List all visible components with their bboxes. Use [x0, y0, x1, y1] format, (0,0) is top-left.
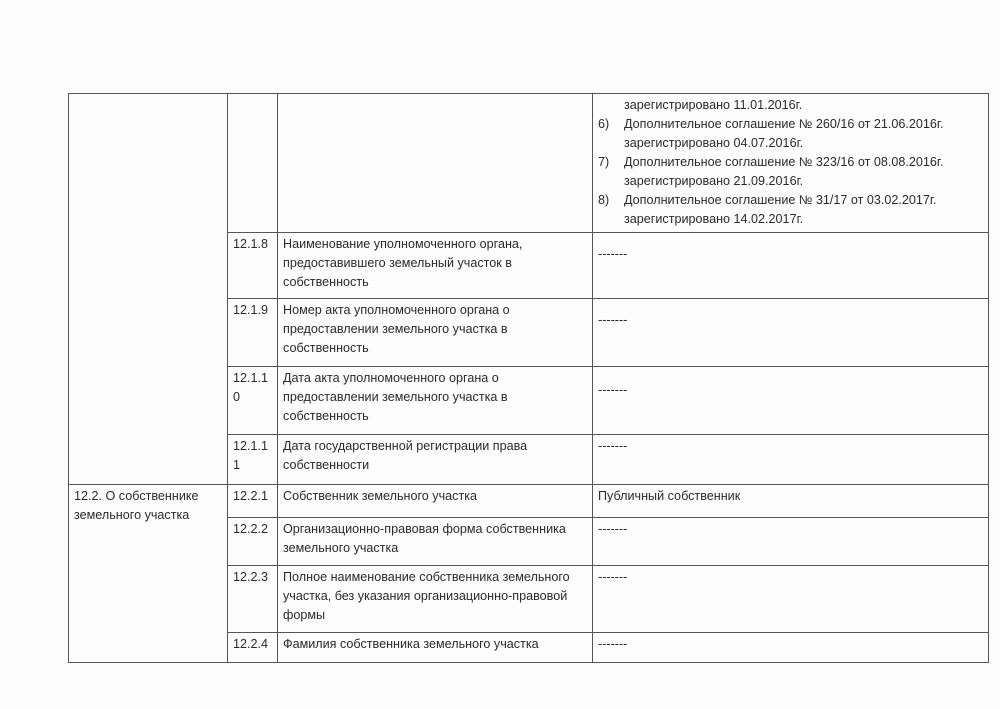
row-number: 12.1.9 — [228, 299, 278, 367]
list-index: 6) — [598, 115, 624, 153]
agreements-list: 6) Дополнительное соглашение № 260/16 от… — [598, 115, 983, 229]
registration-line: зарегистрировано 11.01.2016г. — [598, 96, 983, 115]
number-cell — [228, 94, 278, 233]
row-number: 12.1.8 — [228, 233, 278, 299]
empty-value: ------- — [598, 437, 627, 456]
row-number: 12.2.4 — [228, 633, 278, 663]
row-value: Публичный собственник — [593, 485, 989, 518]
empty-value: ------- — [598, 311, 627, 330]
row-number: 12.1.10 — [228, 367, 278, 435]
list-index: 8) — [598, 191, 624, 229]
row-label: Дата акта уполномоченного органа о предо… — [278, 367, 593, 435]
row-number: 12.2.2 — [228, 518, 278, 566]
row-value: ------- — [593, 518, 989, 566]
row-label: Фамилия собственника земельного участка — [278, 633, 593, 663]
list-text: Дополнительное соглашение № 31/17 от 03.… — [624, 191, 983, 229]
row-number: 12.1.11 — [228, 435, 278, 485]
list-text: Дополнительное соглашение № 260/16 от 21… — [624, 115, 983, 153]
list-index: 7) — [598, 153, 624, 191]
table-row-continued: зарегистрировано 11.01.2016г. 6) Дополни… — [69, 94, 989, 233]
list-item: 6) Дополнительное соглашение № 260/16 от… — [598, 115, 983, 153]
row-label: Организационно-правовая форма собственни… — [278, 518, 593, 566]
empty-value: ------- — [598, 381, 627, 400]
row-label: Номер акта уполномоченного органа о пред… — [278, 299, 593, 367]
row-label: Наименование уполномоченного органа, пре… — [278, 233, 593, 299]
table-row: 12.2. О собственнике земельного участка … — [69, 485, 989, 518]
section-title: 12.2. О собственнике земельного участка — [69, 485, 228, 663]
list-item: 7) Дополнительное соглашение № 323/16 от… — [598, 153, 983, 191]
label-cell — [278, 94, 593, 233]
row-value: ------- — [593, 299, 989, 367]
empty-value: ------- — [598, 520, 627, 539]
list-text: Дополнительное соглашение № 323/16 от 08… — [624, 153, 983, 191]
row-value: ------- — [593, 566, 989, 633]
row-value: ------- — [593, 633, 989, 663]
empty-value: ------- — [598, 568, 627, 587]
section-12-1-cell — [69, 94, 228, 485]
empty-value: ------- — [598, 245, 627, 264]
row-label: Собственник земельного участка — [278, 485, 593, 518]
row-label: Дата государственной регистрации права с… — [278, 435, 593, 485]
row-number: 12.2.3 — [228, 566, 278, 633]
document-page: зарегистрировано 11.01.2016г. 6) Дополни… — [0, 0, 1000, 709]
row-label: Полное наименование собственника земельн… — [278, 566, 593, 633]
row-value: ------- — [593, 233, 989, 299]
land-plot-info-table: зарегистрировано 11.01.2016г. 6) Дополни… — [68, 93, 989, 663]
agreements-cell: зарегистрировано 11.01.2016г. 6) Дополни… — [593, 94, 989, 233]
row-value: ------- — [593, 367, 989, 435]
row-number: 12.2.1 — [228, 485, 278, 518]
list-item: 8) Дополнительное соглашение № 31/17 от … — [598, 191, 983, 229]
empty-value: ------- — [598, 635, 627, 654]
row-value: ------- — [593, 435, 989, 485]
